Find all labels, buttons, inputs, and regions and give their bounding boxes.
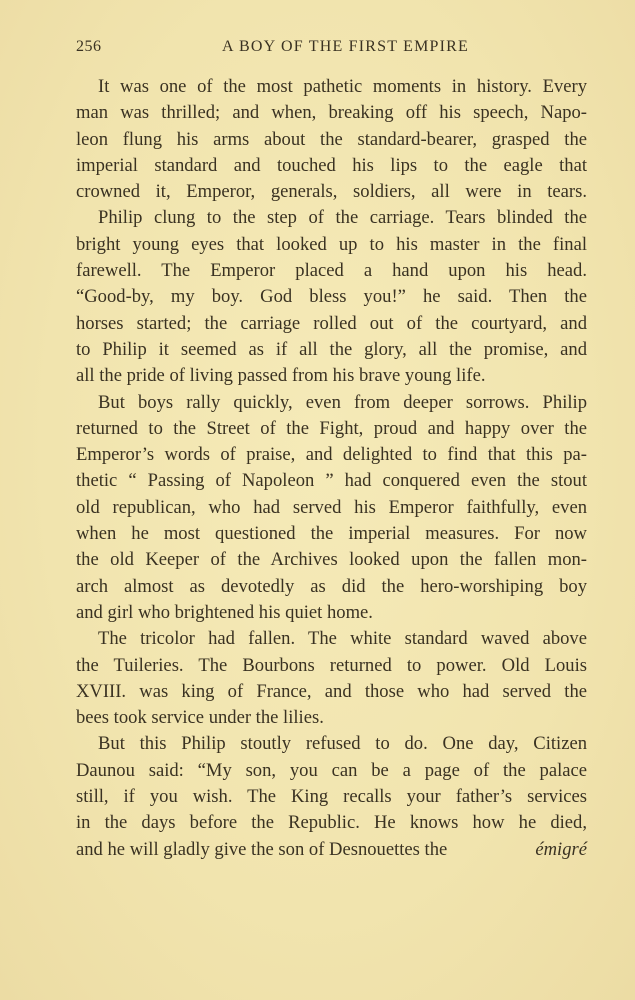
text-line: But this Philip stoutly refused to do. O… [76,731,587,757]
text-line: the Tuileries. The Bourbons returned to … [76,653,587,679]
text-line: XVIII. was king of France, and those who… [76,679,587,705]
text-line: and girl who brightened his quiet home. [76,600,587,626]
text-line: horses started; the carriage rolled out … [76,311,587,337]
text-line: old republican, who had served his Emper… [76,495,587,521]
text-line: Philip clung to the step of the carriage… [76,205,587,231]
text-line: arch almost as devotedly as did the hero… [76,574,587,600]
text-line: all the pride of living passed from his … [76,363,587,389]
text-line: bright young eyes that looked up to his … [76,232,587,258]
text-line: “Good-by, my boy. God bless you!” he sai… [76,284,587,310]
text-line: still, if you wish. The King recalls you… [76,784,587,810]
text-line: farewell. The Emperor placed a hand upon… [76,258,587,284]
text-line: But boys rally quickly, even from deeper… [76,390,587,416]
text-line: Emperor’s words of praise, and delighted… [76,442,587,468]
text-line: The tricolor had fallen. The white stand… [76,626,587,652]
running-title: A BOY OF THE FIRST EMPIRE [76,38,587,56]
text-line: leon flung his arms about the standard-b… [76,127,587,153]
text-line: crowned it, Emperor, generals, soldiers,… [76,179,587,205]
paragraph: It was one of the most pathetic moments … [76,74,587,205]
text-line: in the days before the Republic. He know… [76,810,587,836]
paragraph: But this Philip stoutly refused to do. O… [76,731,587,862]
paragraph: The tricolor had fallen. The white stand… [76,626,587,731]
text-line: It was one of the most pathetic moments … [76,74,587,100]
text-line-main: and he will gladly give the son of Desno… [76,837,447,863]
text-line: imperial standard and touched his lips t… [76,153,587,179]
text-line: Daunou said: “My son, you can be a page … [76,758,587,784]
italic-word: émigré [535,837,587,863]
text-line: man was thrilled; and when, breaking off… [76,100,587,126]
body-text: It was one of the most pathetic moments … [76,74,587,863]
paragraph: But boys rally quickly, even from deeper… [76,390,587,627]
text-line: bees took service under the lilies. [76,705,587,731]
text-line: and he will gladly give the son of Desno… [76,837,587,863]
text-line: to Philip it seemed as if all the glory,… [76,337,587,363]
text-line: returned to the Street of the Fight, pro… [76,416,587,442]
text-line: thetic “ Passing of Napoleon ” had conqu… [76,468,587,494]
paragraph: Philip clung to the step of the carriage… [76,205,587,389]
text-line: when he most questioned the imperial mea… [76,521,587,547]
text-line: the old Keeper of the Archives looked up… [76,547,587,573]
running-header: 256 A BOY OF THE FIRST EMPIRE [76,38,587,62]
